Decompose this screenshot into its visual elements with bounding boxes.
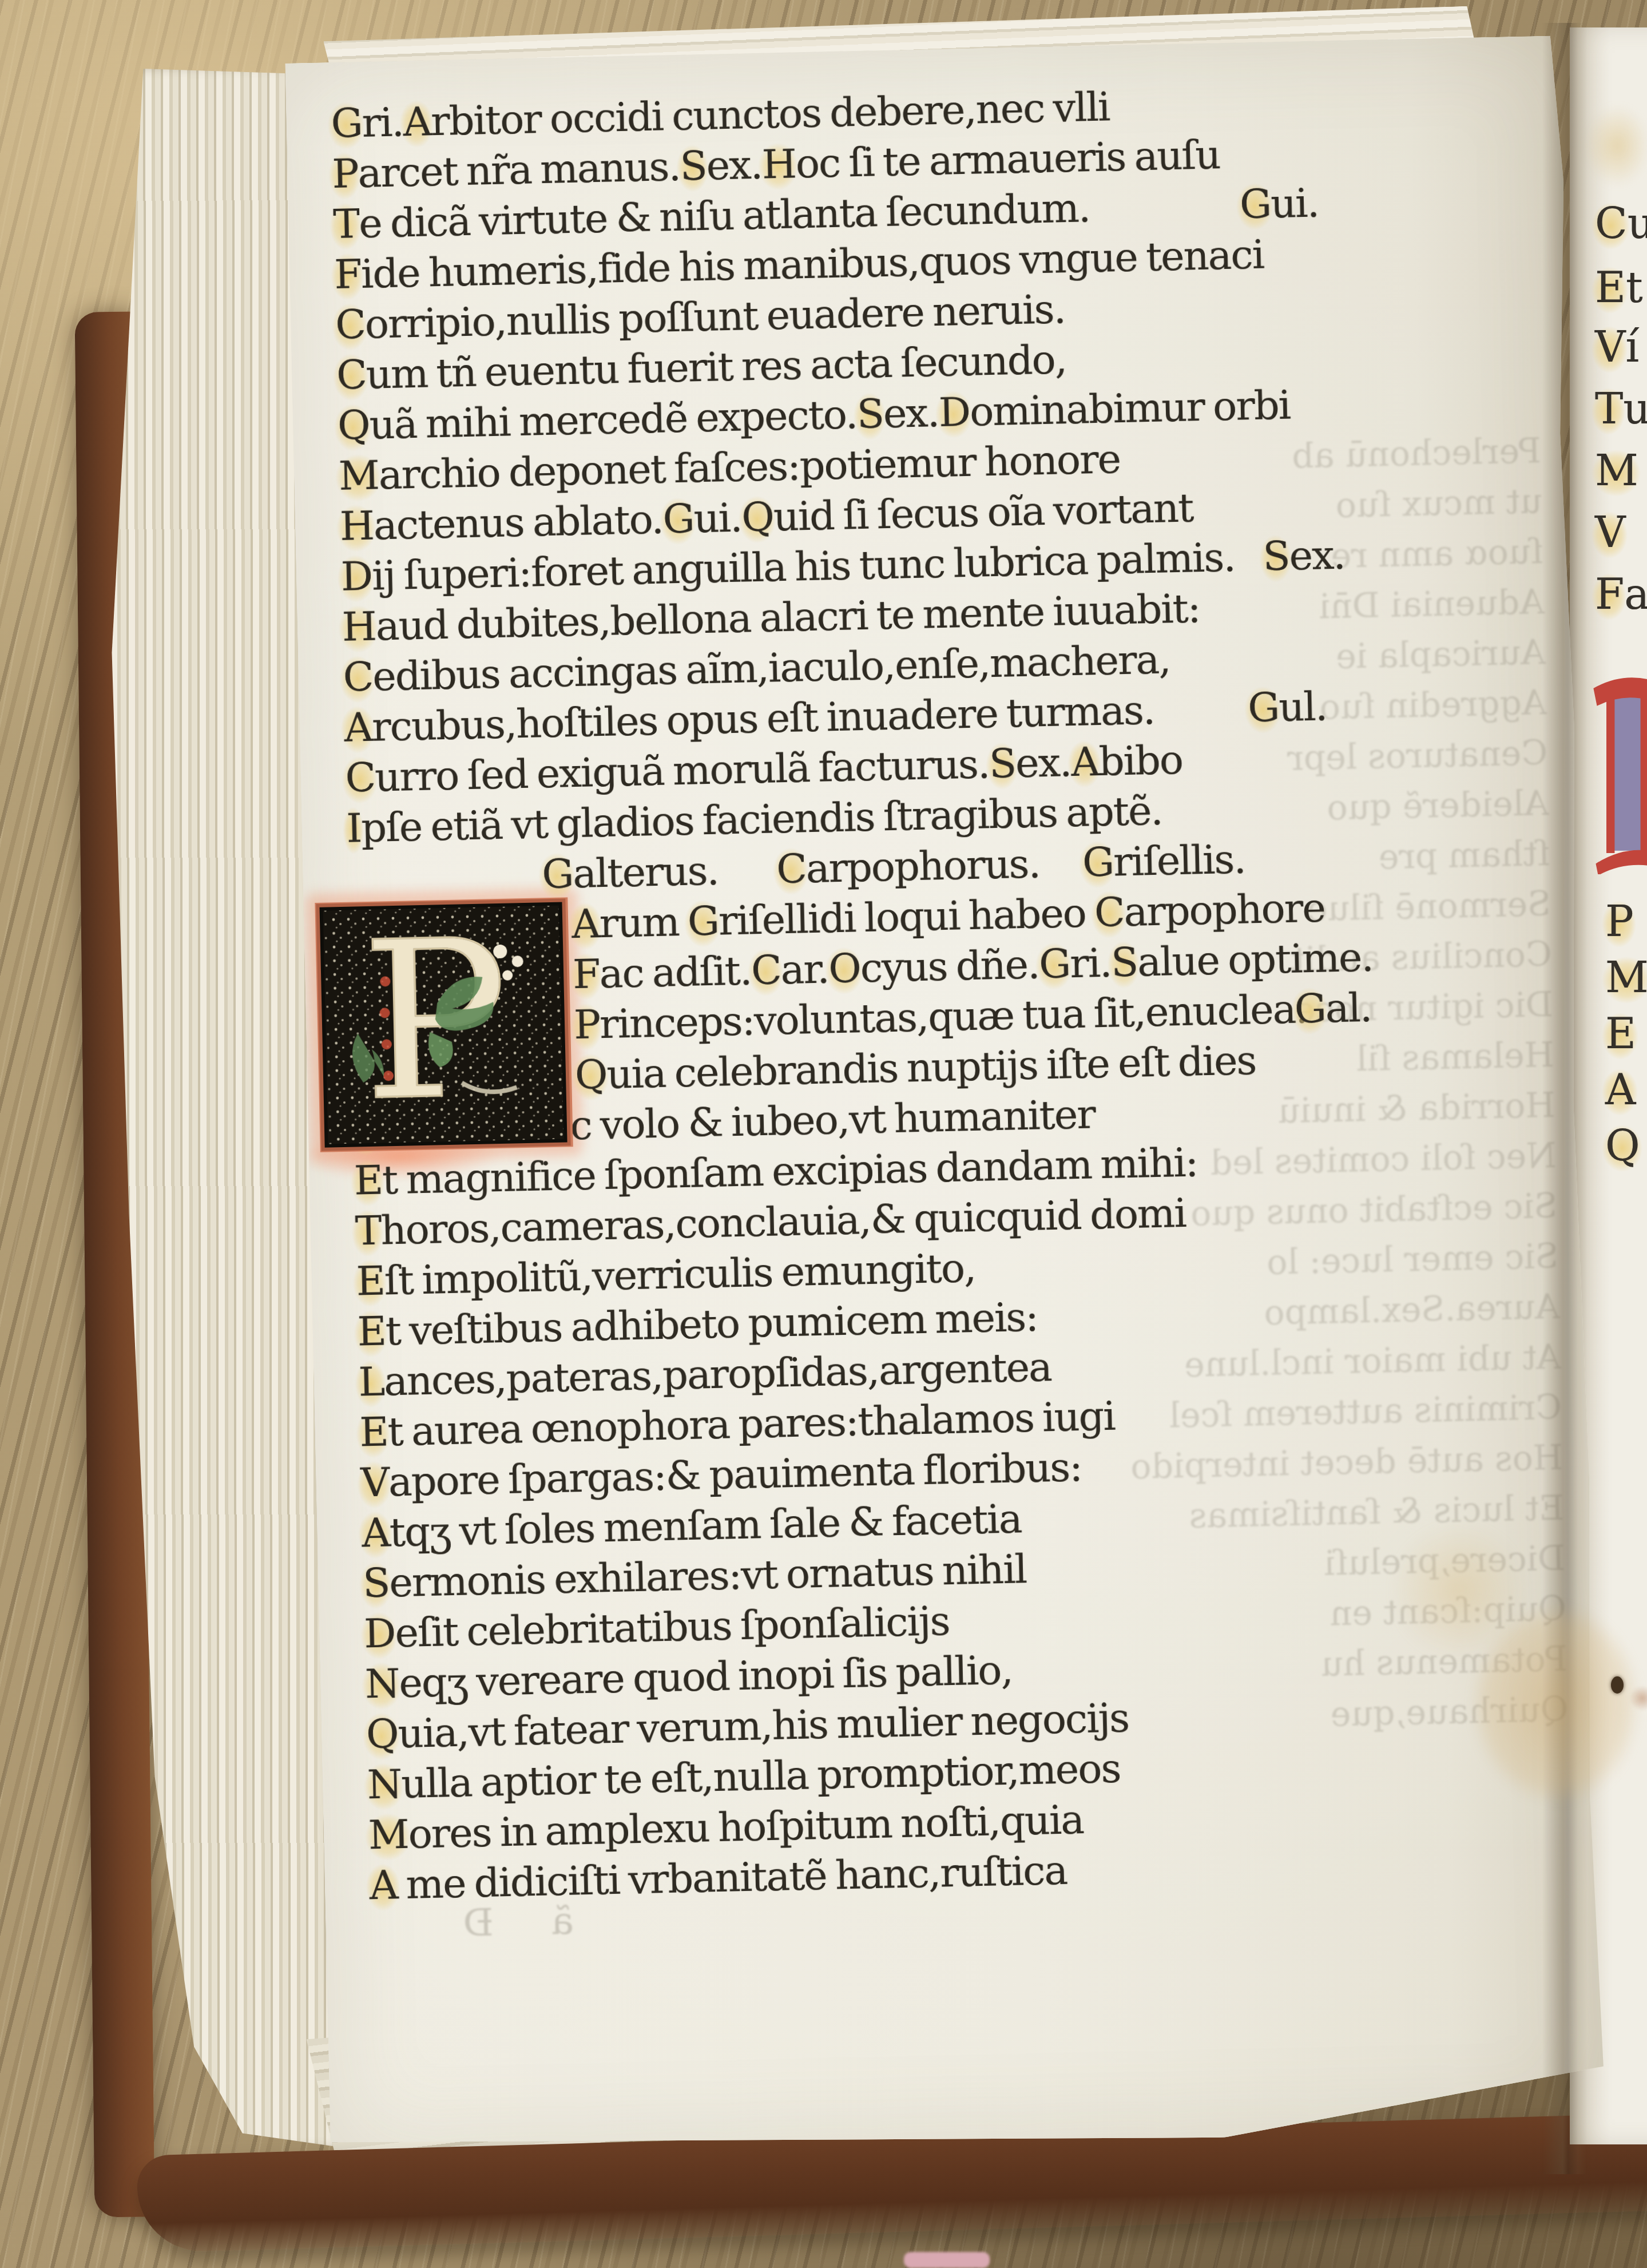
rubricated-capital: Q (337, 401, 370, 450)
facing-page-fragment: A (1605, 1065, 1636, 1115)
red-lombard-initial (1587, 668, 1647, 874)
photo-of-open-incunable-book: { "page": { "rows": [ {"t":"Gri.Arbitor … (0, 0, 1647, 2268)
rubricated-capital: H (761, 139, 796, 189)
rubricated-capital: I (346, 803, 362, 853)
rubricated-capital: S (1110, 938, 1138, 988)
rubricated-capital: V (360, 1457, 389, 1507)
rubricated-capital: D (340, 552, 372, 601)
margin-speaker-label: Gui. (1239, 178, 1319, 229)
margin-speaker-label: Gal. (1294, 983, 1372, 1034)
rubricated-capital: F (572, 949, 600, 999)
rubricated-capital: H (339, 501, 374, 551)
rubricated-capital: C (345, 753, 375, 803)
rubricated-capital: N (364, 1659, 399, 1708)
rubricated-capital: S (856, 389, 884, 439)
rubricated-capital: E (1595, 263, 1626, 312)
facing-page-fragment: M (1605, 953, 1647, 1002)
rubricated-capital: T (333, 199, 360, 249)
rubricated-capital: O (828, 943, 860, 993)
rubricated-capital: M (338, 450, 379, 500)
rubricated-capital: P (1605, 897, 1634, 946)
rubricated-capital: S (989, 739, 1016, 788)
book-page: Perlechonū abut mcux ſuoſuoα amn reAduen… (285, 35, 1607, 2157)
speaker-name: Griſellis. (1082, 835, 1245, 887)
rubricated-capital: F (334, 249, 361, 299)
rubricated-capital: P (573, 1000, 600, 1049)
rubricated-capital: T (1595, 384, 1623, 434)
rubricated-capital: T (355, 1206, 382, 1256)
rubricated-capital: D (938, 387, 970, 437)
rubricated-capital: C (1094, 887, 1124, 937)
rubricated-capital: A (361, 1508, 390, 1557)
rubricated-capital: N (367, 1759, 402, 1809)
rubricated-capital: A (1605, 1065, 1636, 1115)
rubricated-capital: G (1239, 179, 1271, 229)
rubricated-capital: D (363, 1608, 395, 1658)
gutter-shadow (1542, 23, 1587, 2174)
margin-speaker-label: Sex. (1263, 530, 1346, 581)
facing-page-fragment: M (1595, 446, 1638, 495)
rubricated-capital: E (1605, 1009, 1636, 1058)
speaker-name: Galterus. (541, 846, 719, 899)
rubricated-capital: Q (741, 492, 773, 542)
rubricated-capital: C (751, 945, 781, 995)
rubricated-capital: A (369, 1860, 398, 1910)
rubricated-capital: L (358, 1357, 384, 1407)
rubricated-capital: Q (366, 1709, 398, 1759)
rubricated-capital: G (1247, 683, 1279, 732)
speaker-name: Carpophorus. (776, 839, 1040, 894)
rubricated-capital: G (1082, 838, 1114, 887)
rubricated-capital: C (343, 652, 373, 702)
rubricated-capital: A (571, 899, 600, 949)
rubricated-capital: G (1294, 984, 1326, 1034)
rubricated-capital: V (1595, 323, 1625, 372)
rubricated-capital: Q (574, 1050, 607, 1100)
margin-speaker-label: Gul. (1247, 681, 1327, 732)
rubricated-capital: E (357, 1306, 386, 1356)
facing-page-fragment: V (1595, 508, 1625, 557)
rubricated-capital: F (1595, 570, 1624, 619)
rubricated-capital: V (1595, 508, 1625, 557)
facing-page-fragment: P (1605, 897, 1634, 946)
rubricated-capital: E (354, 1156, 383, 1206)
rubricated-capital: S (1263, 532, 1290, 581)
bookmark-ribbon-tip (904, 2252, 990, 2268)
rubricated-capital: M (368, 1810, 409, 1859)
rubricated-capital: E (356, 1256, 385, 1306)
rubricated-capital: C (776, 844, 806, 894)
facing-page-fragment: Q (1605, 1121, 1640, 1171)
rubricated-capital: A (344, 703, 372, 752)
rubricated-capital: S (362, 1558, 390, 1608)
rubricated-capital: G (331, 98, 363, 148)
rubricated-capital: A (1070, 737, 1099, 787)
facing-page-fragment: E (1605, 1009, 1636, 1058)
facing-page-fragment: Ví (1595, 323, 1639, 372)
facing-page-fragment: Et ſ (1595, 263, 1647, 312)
facing-page-fragment: Tu (1595, 384, 1647, 434)
wormhole (1611, 1676, 1624, 1694)
rubricated-capital: M (1595, 446, 1638, 495)
facing-page-fragment: Cu (1595, 199, 1647, 248)
rubricated-capital: Q (1605, 1121, 1640, 1171)
rubricated-capital: G (541, 849, 573, 899)
water-stain (1390, 1522, 1527, 1659)
rubricated-capital: M (1605, 953, 1647, 1002)
facing-page-fragment: Fa (1595, 570, 1647, 619)
rubricated-capital: S (680, 141, 707, 191)
svg-text:P: P (359, 897, 510, 1149)
text-block: P Gri.Arbitor occidi cunctos debere,nec … (331, 76, 1458, 1964)
rubricated-capital: G (687, 897, 719, 946)
rubricated-capital: P (332, 149, 359, 199)
rubricated-capital: C (335, 300, 365, 350)
rubricated-capital: A (403, 97, 431, 146)
woodcut-initial-P: P (315, 897, 573, 1152)
rubricated-capital: C (336, 350, 366, 400)
rubricated-capital: H (342, 602, 376, 652)
rubricated-capital: C (1595, 199, 1628, 248)
rubricated-capital: G (662, 494, 694, 544)
rubricated-capital: E (359, 1407, 388, 1457)
rubricated-capital: G (1038, 939, 1070, 989)
